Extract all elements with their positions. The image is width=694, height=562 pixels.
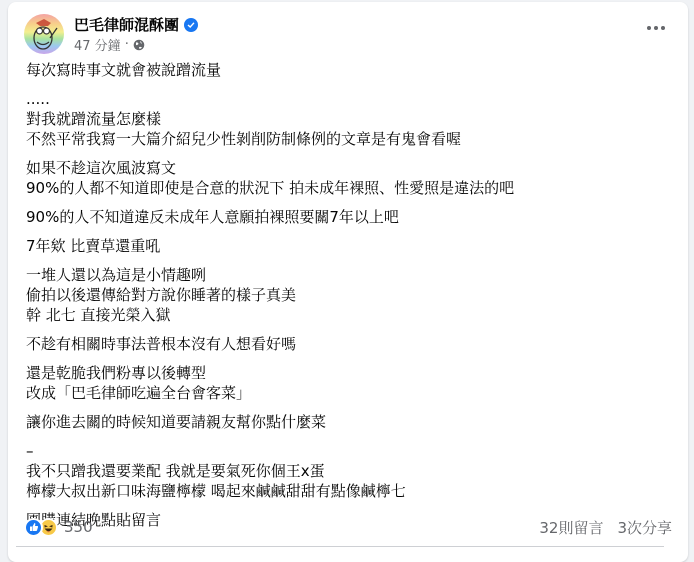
- page-name-link[interactable]: 巴毛律師混酥團: [74, 14, 179, 35]
- text-line: 不趁有相關時事法普根本沒有人想看好嗎: [26, 334, 676, 354]
- more-options-button[interactable]: [642, 18, 670, 38]
- post-footer: 350 32則留言 3次分享: [24, 512, 672, 542]
- paragraph: 一堆人還以為這是小情趣咧 偷拍以後還傳給對方說你睡著的樣子真美 幹 北七 直接光…: [26, 265, 676, 325]
- paragraph: 讓你進去關的時候知道要請親友幫你點什麼菜: [26, 412, 676, 432]
- post-header: 巴毛律師混酥團 47 分鐘 ·: [24, 14, 198, 54]
- text-line: .....: [26, 89, 676, 109]
- text-line: 我不只蹭我還要業配 我就是要氣死你個王x蛋: [26, 461, 676, 481]
- post-card: 巴毛律師混酥團 47 分鐘 · 每次寫時事文就: [8, 2, 688, 550]
- more-dot-icon: [661, 26, 665, 30]
- paragraph: ..... 對我就蹭流量怎麼樣 不然平常我寫一大篇介紹兒少性剝削防制條例的文章是…: [26, 89, 676, 149]
- engagement-stats: 32則留言 3次分享: [539, 517, 672, 538]
- verified-badge-icon: [184, 18, 198, 32]
- comments-count-link[interactable]: 32則留言: [539, 517, 603, 538]
- separator-dot: ·: [125, 37, 129, 52]
- text-line: 幹 北七 直接光榮入獄: [26, 305, 676, 325]
- paragraph: 90%的人不知道違反未成年人意願拍裸照要關7年以上吧: [26, 207, 676, 227]
- globe-icon[interactable]: [133, 39, 145, 51]
- paragraph: 還是乾脆我們粉專以後轉型 改成「巴毛律師吃遍全台會客菜」: [26, 363, 676, 403]
- text-line: 改成「巴毛律師吃遍全台會客菜」: [26, 383, 676, 403]
- paragraph: 7年欸 比賣草還重吼: [26, 236, 676, 256]
- owl-lawyer-avatar-icon: [24, 14, 64, 54]
- text-line: 對我就蹭流量怎麼樣: [26, 109, 676, 129]
- text-line: 檸檬大叔出新口味海鹽檸檬 喝起來鹹鹹甜甜有點像鹹檸七: [26, 481, 676, 501]
- text-line: 偷拍以後還傳給對方說你睡著的樣子真美: [26, 285, 676, 305]
- text-line: 7年欸 比賣草還重吼: [26, 236, 676, 256]
- shares-count-link[interactable]: 3次分享: [617, 517, 672, 538]
- text-line: 每次寫時事文就會被說蹭流量: [26, 60, 676, 80]
- paragraph: – 我不只蹭我還要業配 我就是要氣死你個王x蛋 檸檬大叔出新口味海鹽檸檬 喝起來…: [26, 441, 676, 501]
- post-body: 每次寫時事文就會被說蹭流量 ..... 對我就蹭流量怎麼樣 不然平常我寫一大篇介…: [26, 60, 676, 539]
- more-dot-icon: [654, 26, 658, 30]
- paragraph: 如果不趁這次風波寫文 90%的人都不知道即使是合意的狀況下 拍未成年裸照、性愛照…: [26, 158, 676, 198]
- paragraph: 不趁有相關時事法普根本沒有人想看好嗎: [26, 334, 676, 354]
- footer-divider: [16, 546, 664, 547]
- text-line: 不然平常我寫一大篇介紹兒少性剝削防制條例的文章是有鬼會看喔: [26, 129, 676, 149]
- text-line: 讓你進去關的時候知道要請親友幫你點什麼菜: [26, 412, 676, 432]
- more-dot-icon: [647, 26, 651, 30]
- reactions-summary[interactable]: 350: [24, 518, 93, 537]
- reaction-count: 350: [64, 518, 93, 536]
- text-line: 90%的人不知道違反未成年人意願拍裸照要關7年以上吧: [26, 207, 676, 227]
- like-icon: [24, 518, 43, 537]
- text-line: 還是乾脆我們粉專以後轉型: [26, 363, 676, 383]
- text-line: 90%的人都不知道即使是合意的狀況下 拍未成年裸照、性愛照是違法的吧: [26, 178, 676, 198]
- paragraph: 每次寫時事文就會被說蹭流量: [26, 60, 676, 80]
- post-timestamp[interactable]: 47 分鐘: [74, 35, 121, 54]
- text-line: 如果不趁這次風波寫文: [26, 158, 676, 178]
- text-line: –: [26, 441, 676, 461]
- text-line: 一堆人還以為這是小情趣咧: [26, 265, 676, 285]
- page-avatar[interactable]: [24, 14, 64, 54]
